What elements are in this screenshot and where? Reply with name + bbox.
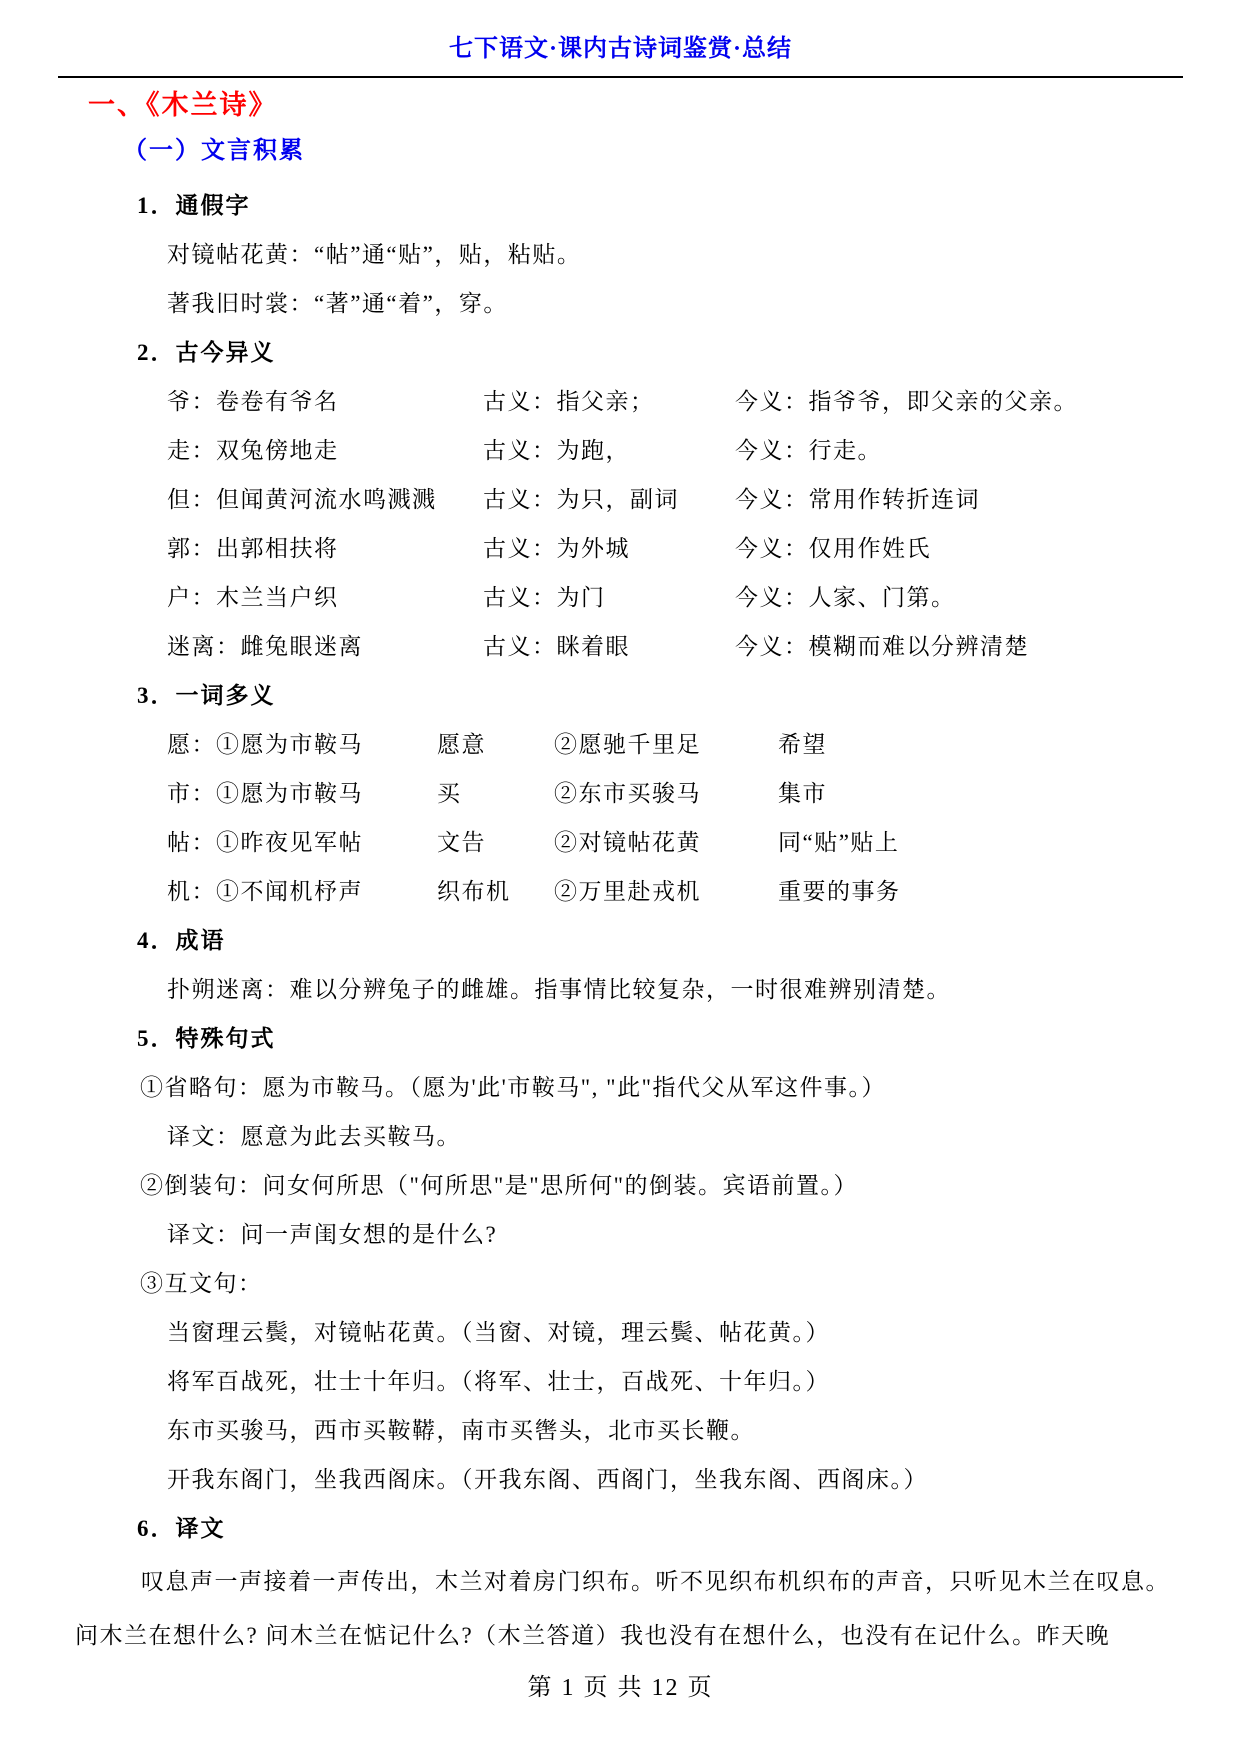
subsection-title: （一）文言积累 bbox=[123, 132, 1186, 170]
jushi-intertext-label: ③互文句： bbox=[140, 1259, 1186, 1308]
gujin-ancient: 古义：为只，副词 bbox=[483, 475, 735, 524]
jushi-intertext-line: 当窗理云鬓，对镜帖花黄。（当窗、对镜，理云鬓、帖花黄。） bbox=[167, 1308, 1186, 1357]
gujin-row: 迷离：雌兔眼迷离 古义：眯着眼 今义：模糊而难以分辨清楚 bbox=[167, 622, 1186, 671]
duoyi-meaning-2: 集市 bbox=[778, 769, 1186, 818]
gujin-row: 走：双兔傍地走 古义：为跑， 今义：行走。 bbox=[167, 426, 1186, 475]
duoyi-meaning-1: 愿意 bbox=[437, 720, 554, 769]
section-title: 一、《木兰诗》 bbox=[88, 86, 1186, 124]
gujin-word: 但：但闻黄河流水鸣溅溅 bbox=[167, 475, 483, 524]
duoyi-meaning-1: 织布机 bbox=[437, 867, 554, 916]
heading-chengyu: 4．成语 bbox=[137, 916, 1186, 965]
gujin-ancient: 古义：为外城 bbox=[483, 524, 735, 573]
header-rule bbox=[58, 76, 1183, 78]
duoyi-usage-1: 帖：①昨夜见军帖 bbox=[167, 818, 437, 867]
gujin-modern: 今义：指爷爷，即父亲的父亲。 bbox=[735, 377, 1186, 426]
gujin-row: 郭：出郭相扶将 古义：为外城 今义：仅用作姓氏 bbox=[167, 524, 1186, 573]
duoyi-meaning-1: 买 bbox=[437, 769, 554, 818]
duoyi-usage-2: ②东市买骏马 bbox=[554, 769, 778, 818]
jushi-intertext-line: 将军百战死，壮士十年归。（将军、壮士，百战死、十年归。） bbox=[167, 1357, 1186, 1406]
yiwen-paragraph: 叹息声一声接着一声传出，木兰对着房门织布。听不见织布机织布的声音，只听见木兰在叹… bbox=[75, 1555, 1186, 1663]
jushi-translation: 译文：愿意为此去买鞍马。 bbox=[167, 1112, 1186, 1161]
duoyi-row: 市：①愿为市鞍马 买 ②东市买骏马 集市 bbox=[167, 769, 1186, 818]
gujin-ancient: 古义：指父亲； bbox=[483, 377, 735, 426]
duoyi-meaning-2: 同“贴”贴上 bbox=[778, 818, 1186, 867]
yiwen-paragraph-line: 问木兰在想什么? 问木兰在惦记什么?（木兰答道）我也没有在想什么，也没有在记什么… bbox=[75, 1609, 1186, 1663]
document-header-title: 七下语文·课内古诗词鉴赏·总结 bbox=[0, 0, 1241, 64]
duoyi-meaning-1: 文告 bbox=[437, 818, 554, 867]
gujin-modern: 今义：常用作转折连词 bbox=[735, 475, 1186, 524]
gujin-row: 爷：卷卷有爷名 古义：指父亲； 今义：指爷爷，即父亲的父亲。 bbox=[167, 377, 1186, 426]
gujin-row: 但：但闻黄河流水鸣溅溅 古义：为只，副词 今义：常用作转折连词 bbox=[167, 475, 1186, 524]
gujin-word: 走：双兔傍地走 bbox=[167, 426, 483, 475]
jushi-intertext-line: 开我东阁门，坐我西阁床。（开我东阁、西阁门，坐我东阁、西阁床。） bbox=[167, 1455, 1186, 1504]
gujin-word: 爷：卷卷有爷名 bbox=[167, 377, 483, 426]
gujin-modern: 今义：行走。 bbox=[735, 426, 1186, 475]
jushi-intertext-line: 东市买骏马，西市买鞍鞯，南市买辔头，北市买长鞭。 bbox=[167, 1406, 1186, 1455]
yiwen-paragraph-line: 叹息声一声接着一声传出，木兰对着房门织布。听不见织布机织布的声音，只听见木兰在叹… bbox=[141, 1555, 1186, 1609]
tongjiazi-line: 对镜帖花黄：“帖”通“贴”，贴，粘贴。 bbox=[167, 230, 1186, 279]
duoyi-row: 帖：①昨夜见军帖 文告 ②对镜帖花黄 同“贴”贴上 bbox=[167, 818, 1186, 867]
gujin-word: 郭：出郭相扶将 bbox=[167, 524, 483, 573]
heading-jushi: 5．特殊句式 bbox=[137, 1014, 1186, 1063]
duoyi-row: 机：①不闻机杼声 织布机 ②万里赴戎机 重要的事务 bbox=[167, 867, 1186, 916]
gujin-modern: 今义：仅用作姓氏 bbox=[735, 524, 1186, 573]
page-footer: 第 1 页 共 12 页 bbox=[0, 1668, 1241, 1708]
jushi-ellipsis-sentence: ①省略句：愿为市鞍马。（愿为'此'市鞍马", "此"指代父从军这件事。） bbox=[140, 1063, 1186, 1112]
duoyi-usage-1: 机：①不闻机杼声 bbox=[167, 867, 437, 916]
duoyi-usage-1: 愿：①愿为市鞍马 bbox=[167, 720, 437, 769]
document-content: 一、《木兰诗》 （一）文言积累 1．通假字 对镜帖花黄：“帖”通“贴”，贴，粘贴… bbox=[0, 86, 1241, 1663]
duoyi-row: 愿：①愿为市鞍马 愿意 ②愿驰千里足 希望 bbox=[167, 720, 1186, 769]
heading-gujin: 2．古今异义 bbox=[137, 328, 1186, 377]
jushi-translation: 译文：问一声闺女想的是什么? bbox=[167, 1210, 1186, 1259]
tongjiazi-line: 著我旧时裳：“著”通“着”，穿。 bbox=[167, 279, 1186, 328]
gujin-modern: 今义：人家、门第。 bbox=[735, 573, 1186, 622]
heading-yiwen: 6．译文 bbox=[137, 1504, 1186, 1553]
duoyi-usage-2: ②万里赴戎机 bbox=[554, 867, 778, 916]
gujin-word: 迷离：雌兔眼迷离 bbox=[167, 622, 483, 671]
gujin-modern: 今义：模糊而难以分辨清楚 bbox=[735, 622, 1186, 671]
duoyi-meaning-2: 希望 bbox=[778, 720, 1186, 769]
duoyi-usage-1: 市：①愿为市鞍马 bbox=[167, 769, 437, 818]
duoyi-meaning-2: 重要的事务 bbox=[778, 867, 1186, 916]
document-page: 七下语文·课内古诗词鉴赏·总结 一、《木兰诗》 （一）文言积累 1．通假字 对镜… bbox=[0, 0, 1241, 1754]
duoyi-usage-2: ②对镜帖花黄 bbox=[554, 818, 778, 867]
gujin-ancient: 古义：眯着眼 bbox=[483, 622, 735, 671]
duoyi-usage-2: ②愿驰千里足 bbox=[554, 720, 778, 769]
chengyu-line: 扑朔迷离：难以分辨兔子的雌雄。指事情比较复杂，一时很难辨别清楚。 bbox=[167, 965, 1186, 1014]
heading-tongjiazi: 1．通假字 bbox=[137, 181, 1186, 230]
gujin-ancient: 古义：为门 bbox=[483, 573, 735, 622]
gujin-row: 户：木兰当户织 古义：为门 今义：人家、门第。 bbox=[167, 573, 1186, 622]
gujin-ancient: 古义：为跑， bbox=[483, 426, 735, 475]
heading-duoyi: 3．一词多义 bbox=[137, 671, 1186, 720]
jushi-inversion-sentence: ②倒装句：问女何所思（"何所思"是"思所何"的倒装。宾语前置。） bbox=[140, 1161, 1186, 1210]
gujin-word: 户：木兰当户织 bbox=[167, 573, 483, 622]
